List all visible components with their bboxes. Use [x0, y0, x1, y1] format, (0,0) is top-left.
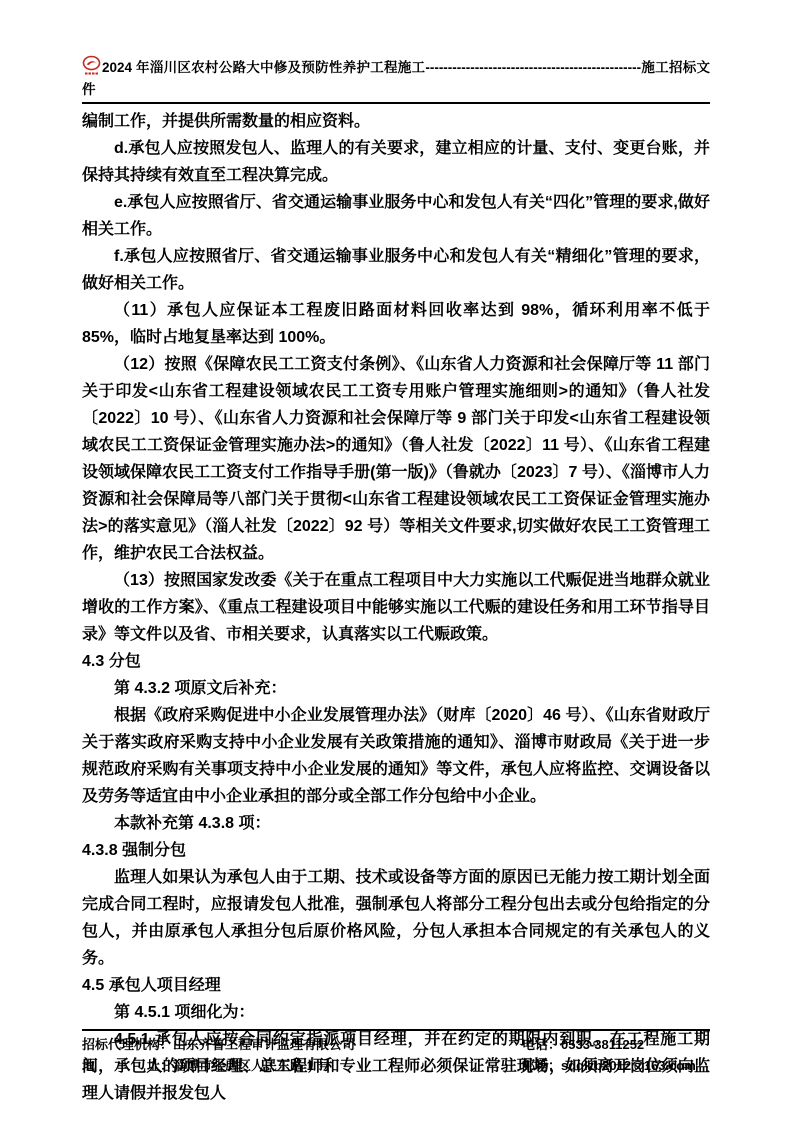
agency-label: 招标代理机构： [82, 1037, 173, 1052]
email-label: 邮箱： [522, 1058, 561, 1073]
email-value: sdqlzb2012@163.com [561, 1058, 696, 1073]
paragraph: 本款补充第 4.3.8 项： [82, 810, 710, 837]
section-heading: 4.5 承包人项目经理 [82, 972, 710, 999]
paragraph: 第 4.5.1 项细化为： [82, 999, 710, 1026]
address-line: 地 址：淄博市张店区人民东路 1 号 [82, 1055, 522, 1076]
email-line: 邮箱：sdqlzb2012@163.com [522, 1055, 710, 1076]
paragraph: e.承包人应按照省厅、省交通运输事业服务中心和发包人有关“四化”管理的要求,做好… [82, 189, 710, 243]
agency-line: 招标代理机构：山东齐鲁工程审计监理有限公司 [82, 1034, 522, 1055]
paragraph: （11）承包人应保证本工程废旧路面材料回收率达到 98%，循环利用率不低于 85… [82, 297, 710, 351]
paragraph: 监理人如果认为承包人由于工期、技术或设备等方面的原因已无能力按工期计划全面完成合… [82, 864, 710, 972]
paragraph: d.承包人应按照发包人、监理人的有关要求，建立相应的计量、支付、变更台账，并保持… [82, 135, 710, 189]
paragraph: f.承包人应按照省厅、省交通运输事业服务中心和发包人有关“精细化”管理的要求，做… [82, 243, 710, 297]
section-heading: 4.3.8 强制分包 [82, 837, 710, 864]
paragraph: （13）按照国家发改委《关于在重点工程项目中大力实施以工代赈促进当地群众就业增收… [82, 567, 710, 648]
address-label: 地 址： [82, 1058, 173, 1073]
paragraph: （12）按照《保障农民工工资支付条例》、《山东省人力资源和社会保障厅等 11 部… [82, 351, 710, 567]
document-page: 2024 年淄川区农村公路大中修及预防性养护工程施工--------------… [0, 0, 793, 1122]
phone-value: 0533-3811252 [561, 1037, 644, 1052]
section-heading: 4.3 分包 [82, 648, 710, 675]
agency-value: 山东齐鲁工程审计监理有限公司 [173, 1037, 355, 1052]
footer-row-1: 招标代理机构：山东齐鲁工程审计监理有限公司 电话：0533-3811252 [82, 1034, 710, 1055]
phone-label: 电话： [522, 1037, 561, 1052]
address-value: 淄博市张店区人民东路 1 号 [173, 1058, 330, 1073]
page-header: 2024 年淄川区农村公路大中修及预防性养护工程施工--------------… [82, 55, 710, 104]
paragraph: 根据《政府采购促进中小企业发展管理办法》（财库〔2020〕46 号）、《山东省财… [82, 702, 710, 810]
paragraph: 编制工作，并提供所需数量的相应资料。 [82, 108, 710, 135]
phone-line: 电话：0533-3811252 [522, 1034, 710, 1055]
page-footer: 招标代理机构：山东齐鲁工程审计监理有限公司 电话：0533-3811252 地 … [82, 1029, 710, 1076]
footer-row-2: 地 址：淄博市张店区人民东路 1 号 邮箱：sdqlzb2012@163.com [82, 1055, 710, 1076]
header-title: 2024 年淄川区农村公路大中修及预防性养护工程施工--------------… [82, 60, 710, 97]
red-company-seal-icon [82, 55, 101, 79]
document-body: 编制工作，并提供所需数量的相应资料。d.承包人应按照发包人、监理人的有关要求，建… [82, 108, 710, 1107]
paragraph: 第 4.3.2 项原文后补充： [82, 675, 710, 702]
